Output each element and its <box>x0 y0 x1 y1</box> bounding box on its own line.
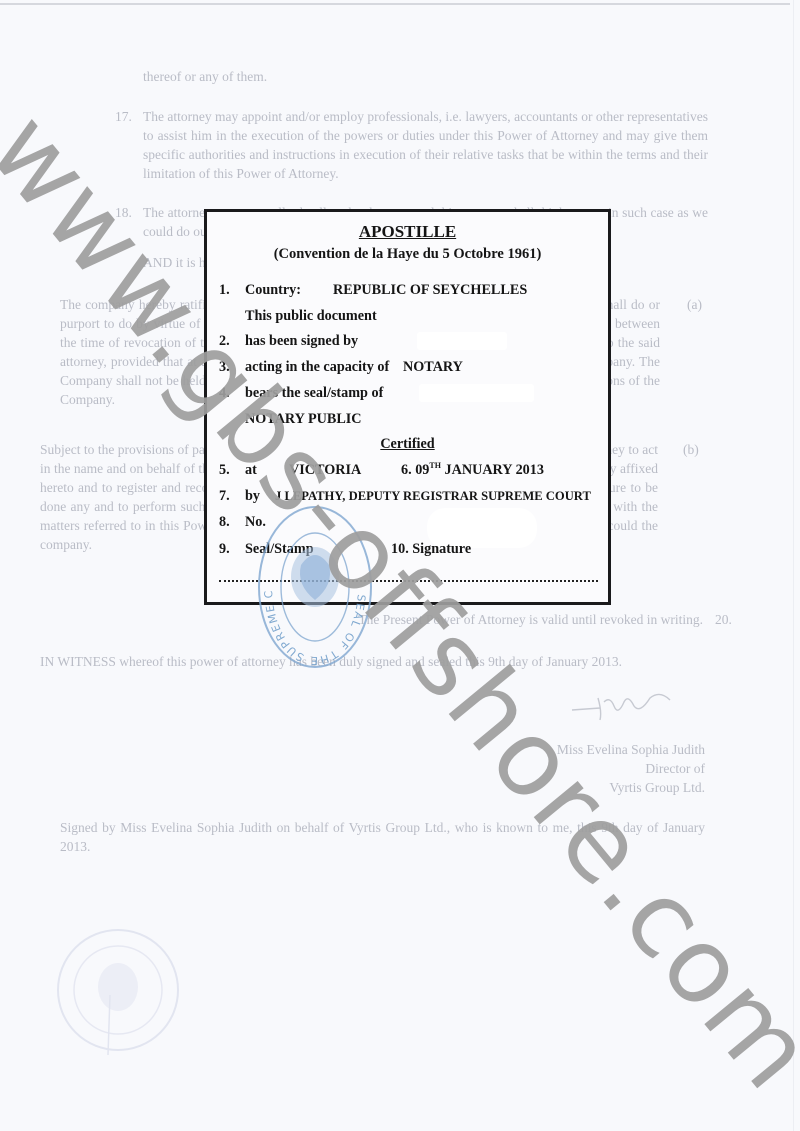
bg-clause-17: 17. The attorney may appoint and/or empl… <box>143 107 708 183</box>
subclause-label: (a) <box>687 295 702 314</box>
page-edge <box>0 3 790 5</box>
bg-text: thereof or any of them. <box>143 67 703 86</box>
country-value: REPUBLIC OF SEYCHELLES <box>333 282 527 298</box>
apostille-title: APOSTILLE <box>207 222 608 242</box>
redacted-seal-holder <box>419 384 534 402</box>
apostille-public-document: This public document <box>245 308 377 325</box>
item-number: 8. <box>219 514 245 531</box>
date-value: JANUARY 2013 <box>444 462 543 478</box>
signature-scribble <box>570 688 680 728</box>
item-number: 6. <box>401 462 412 478</box>
apostille-subtitle: (Convention de la Haye du 5 Octobre 1961… <box>207 246 608 263</box>
notary-seal-faint-icon <box>52 925 184 1055</box>
apostille-item-country: 1.Country:REPUBLIC OF SEYCHELLES <box>219 282 527 299</box>
page-edge-right <box>793 0 794 1131</box>
date-day: 09 <box>415 462 429 478</box>
capacity-value: NOTARY <box>403 359 463 375</box>
subclause-label: (b) <box>683 440 699 459</box>
clause-text: The attorney may appoint and/or employ p… <box>143 107 708 183</box>
clause-number: 17. <box>115 107 132 126</box>
item-number: 9. <box>219 541 245 558</box>
clause-number: 20. <box>715 610 732 629</box>
item-label: Country: <box>245 282 333 299</box>
date-suffix: TH <box>429 461 441 470</box>
bg-top-fragment: thereof or any of them. <box>143 67 703 86</box>
item-label: This public document <box>245 308 377 324</box>
redacted-signer <box>417 332 507 350</box>
